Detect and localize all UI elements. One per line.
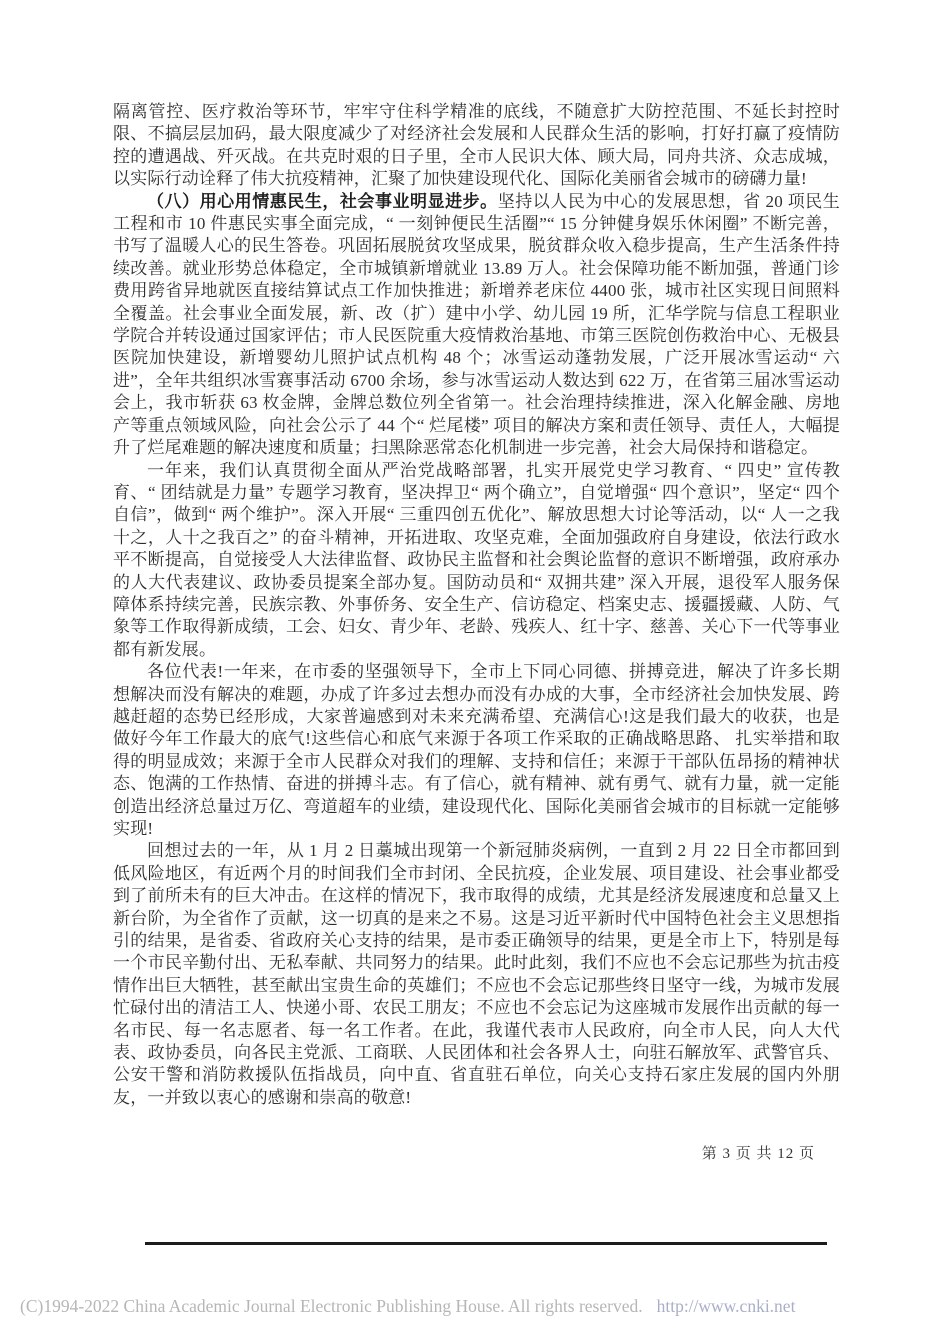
copyright-text: (C)1994-2022 China Academic Journal Elec… [20,1296,643,1316]
paragraph: 各位代表!一年来，在市委的坚强领导下，全市上下同心同德、拼搏竞进，解决了许多长期… [113,661,840,840]
paragraph: 隔离管控、医疗救治等环节，牢牢守住科学精准的底线，不随意扩大防控范围、不延长封控… [113,101,840,191]
paragraph-text-run: 各位代表!一年来，在市委的坚强领导下，全市上下同心同德、拼搏竞进，解决了许多长期… [113,662,840,838]
paragraph-text-run: 隔离管控、医疗救治等环节，牢牢守住科学精准的底线，不随意扩大防控范围、不延长封控… [113,102,840,188]
paragraph: （八）用心用情惠民生，社会事业明显进步。坚持以人民为中心的发展思想，省 20 项… [113,191,840,460]
document-body: 隔离管控、医疗救治等环节，牢牢守住科学精准的底线，不随意扩大防控范围、不延长封控… [113,101,840,1109]
paragraph-heading-run: （八）用心用情惠民生，社会事业明显进步。 [147,192,498,211]
page-number: 第 3 页 共 12 页 [113,1142,815,1163]
footer-divider [145,1242,827,1245]
paragraph-text-run: 回想过去的一年，从 1 月 2 日藁城出现第一个新冠肺炎病例，一直到 2 月 2… [113,841,840,1106]
cnki-watermark: (C)1994-2022 China Academic Journal Elec… [20,1296,940,1317]
paragraph: 回想过去的一年，从 1 月 2 日藁城出现第一个新冠肺炎病例，一直到 2 月 2… [113,840,840,1109]
paragraph-text-run: 坚持以人民为中心的发展思想，省 20 项民生工程和市 10 件惠民实事全面完成，… [113,192,840,457]
paragraph-text-run: 一年来，我们认真贯彻全面从严治党战略部署，扎实开展党史学习教育、“ 四史” 宣传… [113,461,840,659]
document-page: 隔离管控、医疗救治等环节，牢牢守住科学精准的底线，不随意扩大防控范围、不延长封控… [0,0,950,1344]
cnki-url-link[interactable]: http://www.cnki.net [657,1296,796,1316]
paragraph: 一年来，我们认真贯彻全面从严治党战略部署，扎实开展党史学习教育、“ 四史” 宣传… [113,460,840,662]
